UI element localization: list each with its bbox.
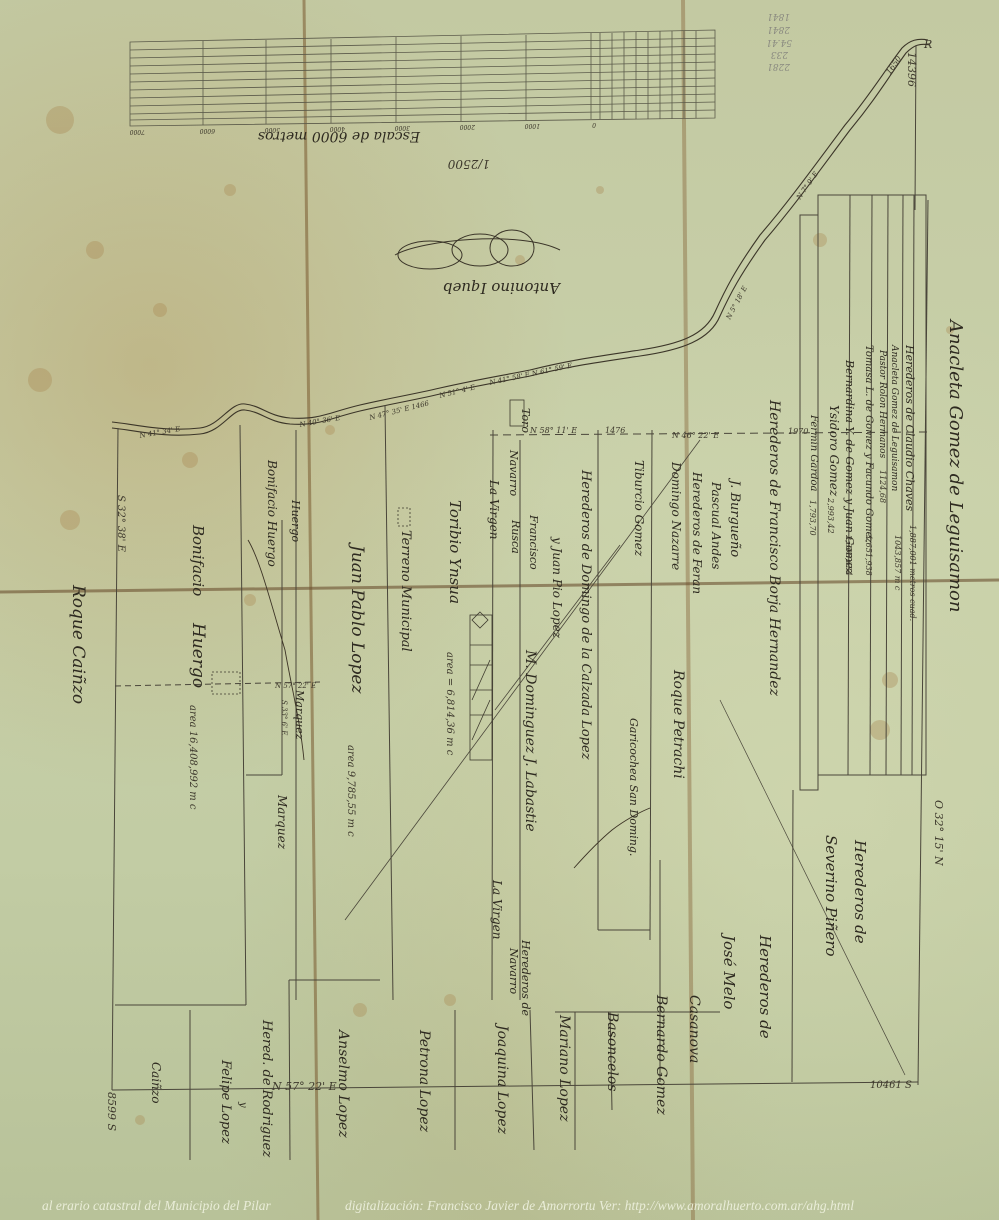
- west-bearing: S 32° 38' E: [115, 495, 126, 553]
- label-severino-2: Severino Piñero: [822, 835, 840, 957]
- cadastral-map: Anacleta Gomez de Leguisamon Herederos d…: [0, 0, 999, 1220]
- label-fermin-area: 1,793,70: [808, 500, 817, 536]
- label-pastor-area: 1124,68: [878, 470, 887, 503]
- label-virgen-east: La Virgen: [490, 879, 504, 939]
- label-feran: Herederos de Feran: [690, 471, 704, 594]
- scale-labels: Escala de 6000 metros 7000 6000 5000 400…: [130, 121, 596, 144]
- label-bernardo: Bernardo Gomez: [653, 994, 669, 1115]
- label-rusca-2: Rusca: [509, 519, 522, 554]
- scale-tick: 4000: [330, 125, 346, 132]
- signature: [395, 230, 560, 269]
- scale-bar: [130, 30, 715, 126]
- label-joaquina: Joaquina Lopez: [494, 1022, 510, 1135]
- label-melo-2: José Melo: [720, 932, 738, 1009]
- pencil-note: 2841: [767, 24, 791, 34]
- label-anacleta2: Anacleta Gomez de Leguisamon: [889, 344, 899, 491]
- label-marquez-south: Marquez: [275, 794, 289, 850]
- label-nazarre: Domingo Nazarre: [669, 461, 683, 570]
- river-bearing-1: N 41° 34' E: [138, 425, 181, 440]
- pencil-note: 233: [771, 49, 789, 59]
- label-rusca-1: Francisco: [527, 514, 540, 570]
- label-severino-1: Herederos de: [851, 839, 869, 944]
- label-huergo-north: Huergo: [289, 499, 302, 542]
- signature-text: Antonino Iqueb: [443, 279, 562, 297]
- label-fermin: Fermin Gardoa: [808, 414, 819, 492]
- label-jplopez-area: area 9,785,55 m c: [345, 745, 356, 837]
- label-virgen-west: La Virgen: [487, 479, 501, 539]
- inner-bearing-s33: S 33° 6' E: [280, 700, 288, 735]
- north-bearing-2: N 46° 22' E: [671, 431, 719, 440]
- river-bearing-6: N 5° 18' E: [724, 285, 749, 322]
- scale-tick: 1000: [525, 122, 540, 129]
- scale-tick: 3000: [395, 124, 410, 131]
- label-casanova: Casanova: [686, 995, 702, 1063]
- label-marquez-north: Marquez: [293, 689, 306, 740]
- catalog-note: 1/2500: [447, 157, 490, 171]
- notes: 1/2500 Antonino Iqueb 1841 2841 54.41 23…: [395, 11, 792, 297]
- east-bearing: O 32° 15' N: [932, 800, 945, 866]
- label-caino: Caiñzo: [149, 1062, 163, 1103]
- label-pascual: Pascual Andes: [709, 481, 723, 569]
- scale-tick: 7000: [130, 128, 145, 135]
- parcel-labels: Anacleta Gomez de Leguisamon Herederos d…: [68, 318, 966, 1157]
- label-petrona: Petrona Lopez: [416, 1029, 432, 1133]
- label-ysidoro: Ysidoro Gomez: [827, 405, 841, 497]
- corner-sw: 8599 S: [105, 1092, 118, 1131]
- pencil-note: 1841: [767, 11, 790, 21]
- label-tiburcio: Tiburcio Gomez: [632, 460, 646, 557]
- label-melo-1: Herederos de: [756, 934, 774, 1039]
- scale-tick: 0: [592, 121, 596, 128]
- footer-credit-right: digitalización: Francisco Javier de Amor…: [345, 1198, 854, 1214]
- label-terreno: Terreno Municipal: [398, 530, 413, 652]
- label-anacleta2-area: 1043,857 m c: [893, 535, 902, 591]
- label-navarro-2: Navarro: [507, 947, 520, 994]
- scale-tick: 6000: [200, 127, 215, 134]
- label-burgueno: J. Burgueño: [727, 477, 742, 557]
- label-tomasa: Tomasa L. de Gomez y Facundo Gomez: [863, 345, 874, 544]
- pencil-note: 2281: [767, 61, 791, 71]
- label-garicochea: Garicochea San Doming.: [627, 718, 640, 856]
- north-distance-1: 1476: [605, 426, 625, 435]
- label-bonifacio-1: Bonifacio: [189, 524, 207, 596]
- label-bonifacio-north: Bonifacio Huergo: [265, 459, 279, 567]
- label-calzada: Herederos de Domingo de la Calzada Lopez: [578, 469, 593, 760]
- label-basoncelos: Basoncelos: [604, 1011, 620, 1091]
- segment-r: 1650: [884, 54, 903, 76]
- label-claudio: Herederos de Claudio Chaves: [903, 344, 916, 512]
- label-bonifacio-2: Huergo: [188, 622, 208, 688]
- scale-tick: 5000: [265, 126, 280, 133]
- paper-stains: [28, 106, 954, 1125]
- label-jplopez: Juan Pablo Lopez: [347, 542, 367, 694]
- label-dominguez: M. Dominguez J. Labastie: [522, 649, 538, 832]
- label-bernardina-area: 2,306,634: [844, 534, 853, 576]
- label-anacleta: Anacleta Gomez de Leguisamon: [945, 318, 966, 612]
- scale-tick: 2000: [460, 123, 476, 130]
- label-pastor: Pastor Rolon Hermanos: [877, 349, 887, 459]
- distance-r: 14396: [905, 52, 918, 87]
- town-blocks: [212, 400, 524, 760]
- north-bearing-1: N 58° 11' E: [529, 426, 577, 435]
- north-distance-2: 1970: [788, 427, 808, 436]
- label-petrachi: Roque Petrachi: [670, 669, 686, 779]
- label-borja: Herederos de Francisco Borja Hernandez: [766, 399, 782, 697]
- inner-bearing: N 57° 22' E: [274, 682, 316, 690]
- label-tomasa-area: 1,651,938: [864, 535, 873, 576]
- label-bonifacio-area: area 16,408,992 m c: [187, 705, 198, 810]
- label-toribio: Toribio Ynsua: [446, 500, 464, 604]
- label-mariano: Mariano Lopez: [556, 1014, 572, 1122]
- label-ysidoro-area: 2,993,42: [826, 497, 835, 534]
- label-claudio-area: 1,887,001 metros cuad.: [908, 525, 917, 621]
- label-felipe-y: y: [237, 1101, 248, 1108]
- label-toribio-area: area = 6,814,36 m c: [444, 652, 455, 756]
- river-bearing-4: N 51° 4' E: [438, 383, 477, 400]
- label-roque-caino: Roque Caiñzo: [68, 584, 88, 704]
- label-piolopez: y Juan Pio Lopez: [550, 536, 564, 639]
- label-anselmo: Anselmo Lopez: [335, 1028, 351, 1138]
- pencil-note: 54.41: [766, 37, 792, 47]
- footer-credit-left: al erario catastral del Municipio del Pi…: [42, 1198, 271, 1214]
- corner-se: 10461 S: [870, 1080, 912, 1091]
- label-toro-2: Navarro: [507, 449, 520, 496]
- map-canvas: Anacleta Gomez de Leguisamon Herederos d…: [0, 0, 999, 1220]
- south-bearing: N 57° 22' E: [271, 1080, 337, 1093]
- label-felipe: Felipe Lopez: [218, 1059, 233, 1144]
- river-bearing-5: N 41° 58' E N 61° 59' E: [488, 362, 573, 388]
- pencil-notes: 1841 2841 54.41 233 2281: [766, 11, 792, 71]
- corner-r: R: [923, 38, 932, 51]
